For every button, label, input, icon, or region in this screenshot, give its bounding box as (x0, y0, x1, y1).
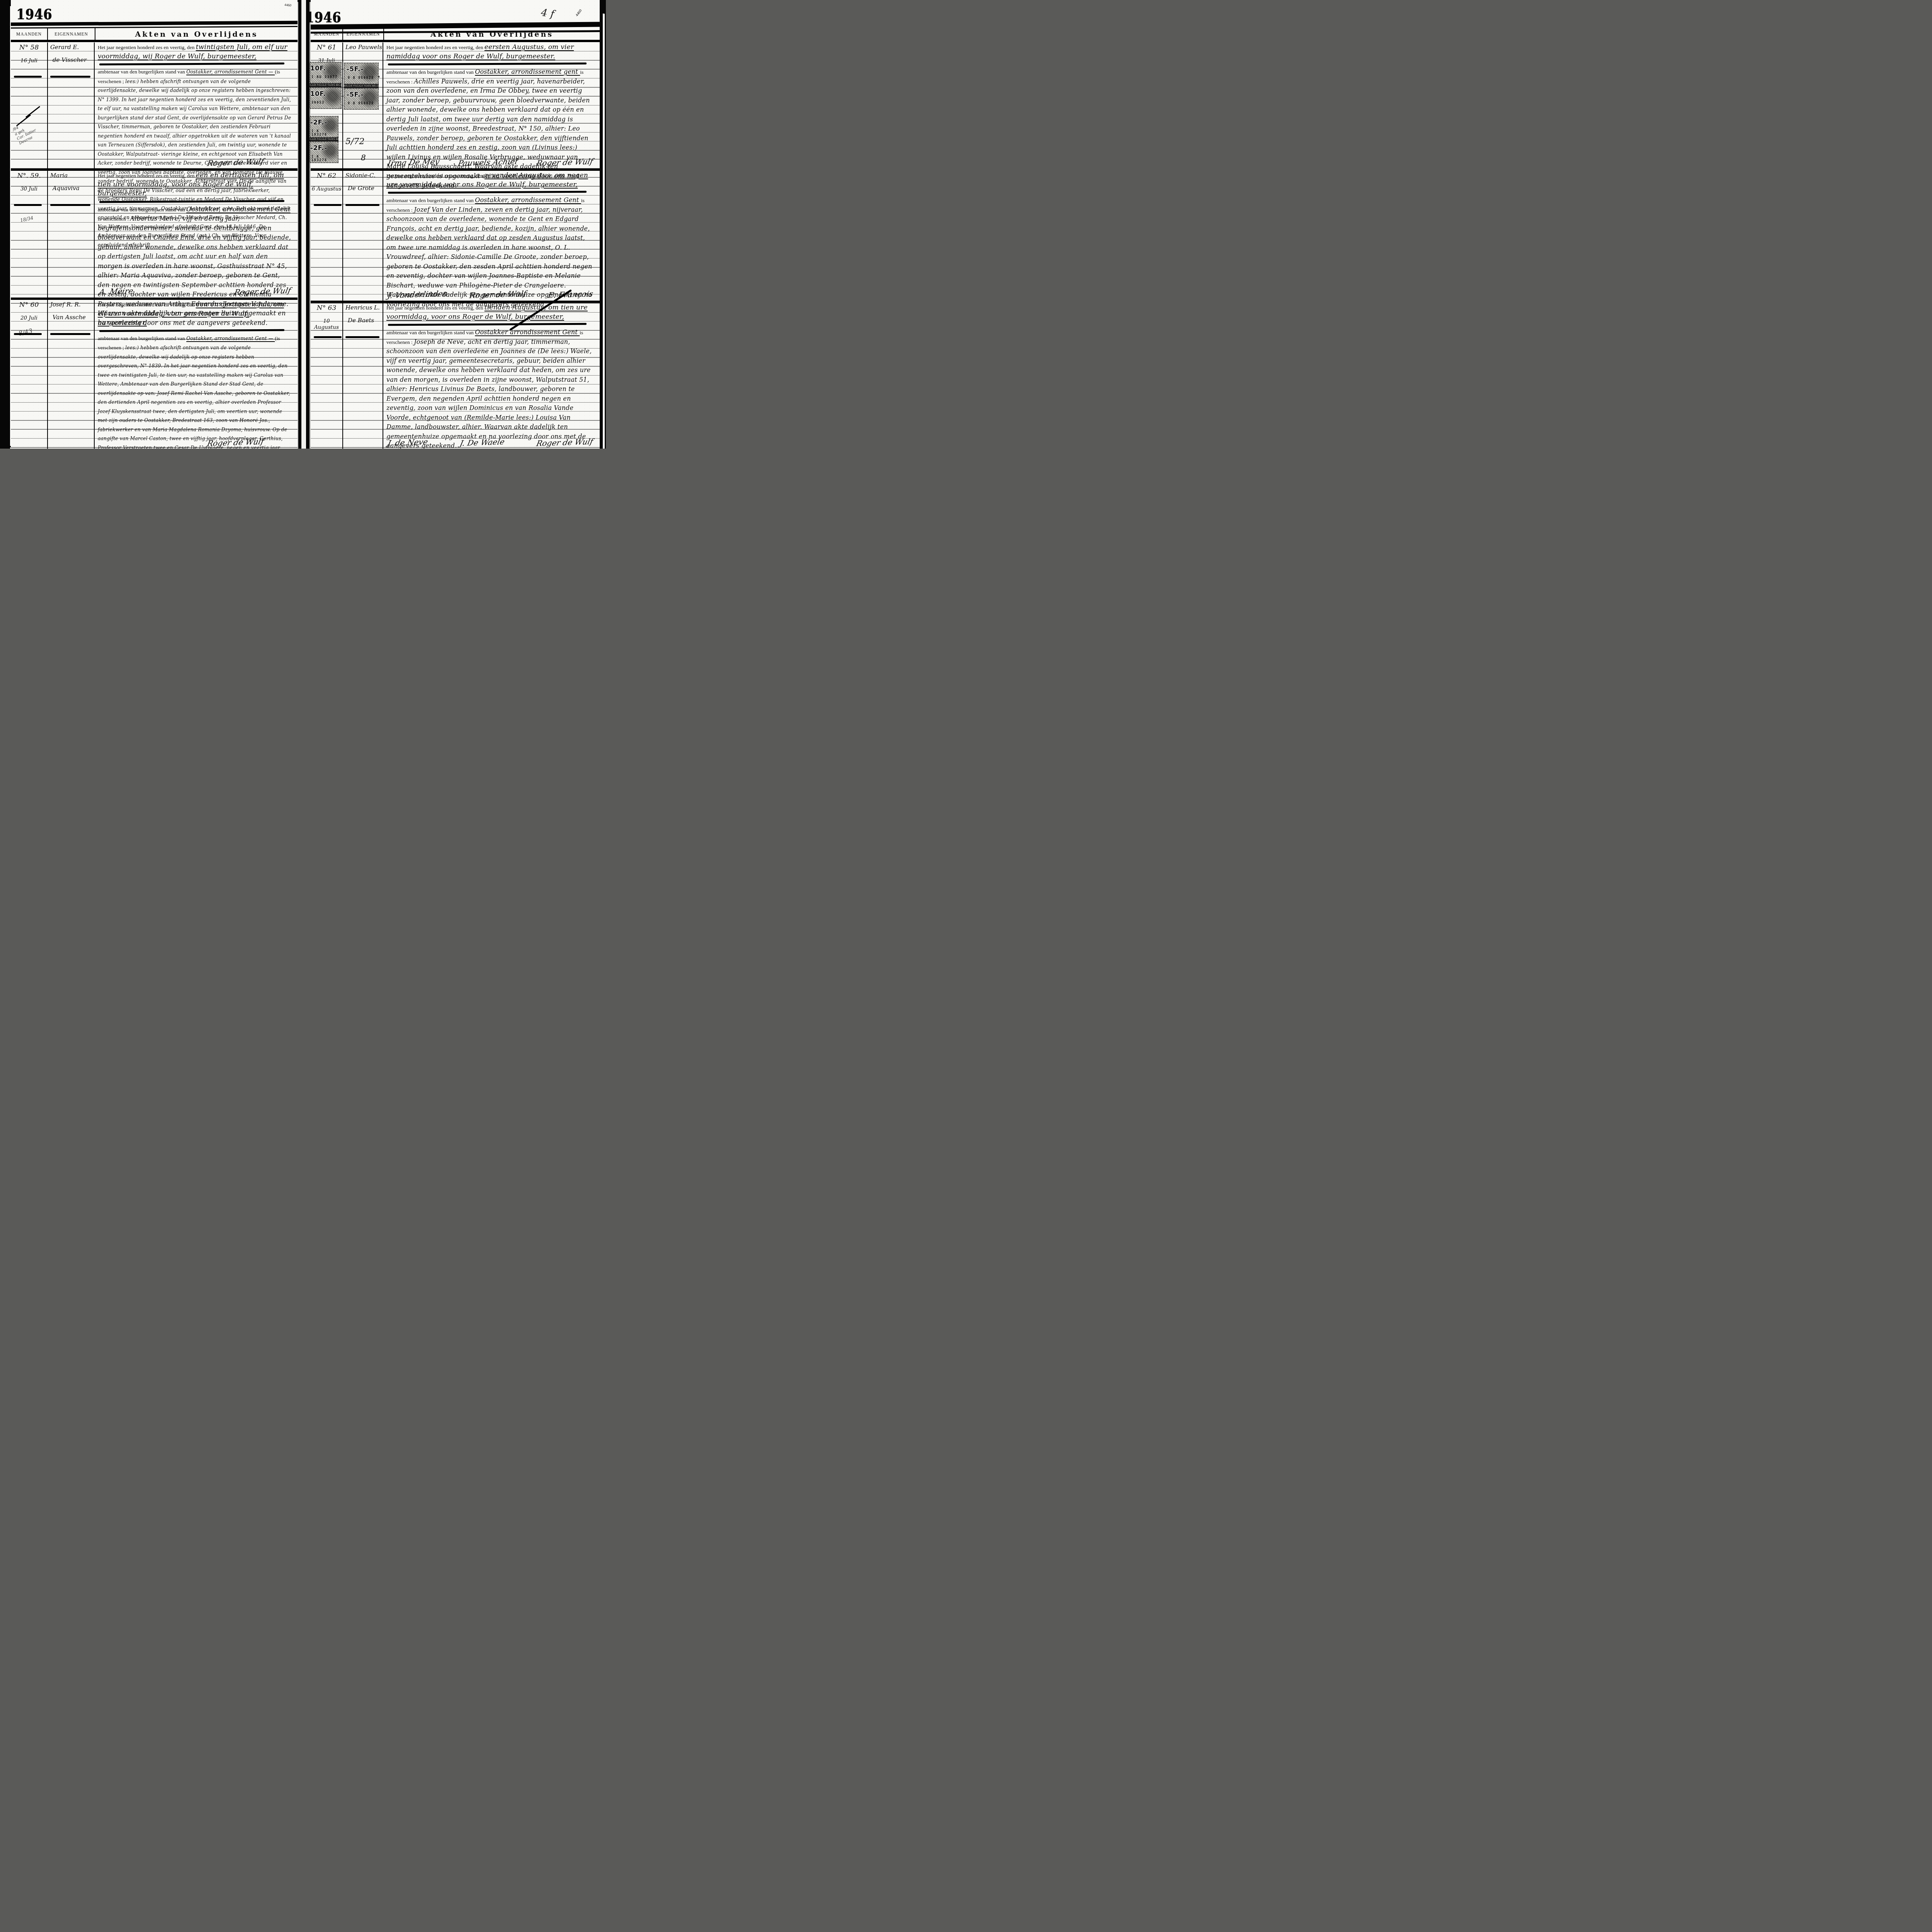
act-text-cell: Het jaar negentien honderd zes en veerti… (383, 303, 600, 449)
fiscal-stamp-2f: -2F.- 1 K 193278 (308, 141, 338, 163)
act-opening-line: Het jaar negentien honderd zes en veerti… (98, 43, 291, 61)
handwritten-stamp-note: 5/72 (345, 137, 364, 146)
handwritten-mark: 4 f (540, 7, 555, 20)
handwritten-text: Oostakker, arrondissement Gent — (186, 69, 275, 75)
struck-blank-line (98, 328, 291, 334)
printed-formula: ambtenaar van den burgerlijken stand van (386, 197, 475, 203)
column-header-months: MAANDEN (11, 28, 48, 41)
fiscal-stamp-10f: 10F. 1 RU 33977 (308, 62, 342, 83)
year-heading: 1946 (16, 6, 52, 23)
stamp-serial: 9 B 958628 (348, 102, 378, 105)
book-gutter (298, 0, 311, 449)
ink-smear (314, 336, 342, 338)
struck-blank-line (98, 199, 291, 205)
stamp-value: 10F. (310, 65, 341, 72)
death-act-entry-N-60: N° 6020 Juli8/43Josef R. R.Van AsscheHet… (11, 300, 298, 449)
signature: Irma De Mey (387, 157, 440, 168)
stamp-value: -2F.- (310, 144, 338, 151)
ink-smear (388, 63, 587, 66)
act-body-text: ambtenaar van den burgerlijken stand van… (98, 334, 291, 449)
stamp-serial: 1 K 193278 (311, 129, 338, 136)
entries-left: N° 5816 JuliGerard E.de VisscherHet jaar… (11, 43, 298, 449)
printed-formula: is verschenen : (98, 216, 130, 222)
column-divider (47, 43, 48, 449)
ink-smear (99, 200, 284, 203)
death-act-entry-N-59-: N°. 59.30 Juli18/34MariaAquavivaHet jaar… (11, 171, 298, 300)
act-text-cell: Het jaar negentien honderd zes en veerti… (383, 43, 600, 168)
stamp-value: 10F. (310, 90, 341, 97)
signatures-row: Irma De MeyPauwels AchielRoger de Wulf (388, 158, 593, 167)
ink-smear (345, 204, 379, 206)
signature: J. de Neve (387, 437, 429, 448)
act-date: 16 Juli (11, 58, 47, 64)
ink-smear (50, 333, 90, 335)
signature: J. De Waele (459, 437, 505, 448)
printed-formula: ambtenaar van den burgerlijken stand van (386, 69, 475, 75)
stamp-band-text: BELGIE·FISCALE·TAXES·BELGIQUE·TAXES·FISC… (308, 138, 338, 141)
stamp-value: -5F.- (347, 91, 378, 98)
act-number: N° 61 (311, 44, 342, 51)
signature: J. Vanderlinden (387, 289, 449, 300)
fiscal-stamp-10f: 10F. 39953 (308, 87, 342, 109)
printed-formula: ambtenaar van den burgerlijken stand van (98, 69, 186, 75)
signature: Pauwels Achiel (457, 156, 519, 168)
ink-smear (314, 204, 342, 206)
handwritten-text: Oostakker, arrondissement Gent (475, 196, 581, 204)
act-date: 10 Augustus (311, 318, 342, 330)
ink-smear (14, 76, 42, 78)
table-header: MAANDEN EIGENNAMEN Akten van Overlijdens (11, 29, 298, 42)
act-body-text: ambtenaar van den burgerlijken stand van… (386, 328, 594, 449)
printed-formula: Het jaar negentien honderd zes en veerti… (386, 305, 485, 311)
struck-blank-line (386, 321, 594, 328)
column-header-names: EIGENNAMEN (48, 28, 95, 41)
act-date: 6 Augustus (311, 186, 342, 192)
month-cell: N° 626 Augustus (311, 171, 342, 301)
handwritten-text: Oostakker, arrondissement gent (475, 68, 580, 75)
stamp-value: -2F.- (310, 119, 338, 126)
ink-smear (99, 63, 284, 66)
stamp-pair-10f: 10F. 1 RU 33977 BELGIE·FISCALE·TAXES·BEL… (308, 62, 342, 109)
rule-band (11, 21, 298, 26)
act-number: N° 63 (311, 304, 342, 312)
handwritten-text: Oostakker, arrondissement Gent (186, 206, 290, 213)
printed-formula: Het jaar negentien honderd zes en veerti… (98, 302, 196, 308)
page-left: 1946 4460 MAANDEN EIGENNAMEN Akten van O… (11, 0, 298, 449)
fiscal-stamp-5f: -5F.- 9 B 958628 (344, 88, 379, 110)
deceased-name-line1: Leo Pauwels (345, 44, 383, 51)
signature: Roger de Wulf (469, 289, 527, 300)
stamp-serial: 1 K 193278 (311, 155, 338, 162)
handwritten-text: Oostakker arrondissement Gent (475, 328, 580, 336)
act-date: 30 Juli (11, 186, 47, 192)
printed-formula: ambtenaar van den burgerlijken stand van (98, 207, 186, 213)
name-cell: Henricus L.De Baets (342, 303, 383, 449)
ink-smear (14, 204, 42, 206)
act-date: 20 Juli (11, 315, 47, 321)
pencil-note: 18/34 (20, 215, 34, 223)
fiscal-stamp-2f: -2F.- 1 K 193278 (308, 116, 338, 138)
pencil-note: 8/43 (18, 327, 33, 337)
deceased-name-line2: De Grote (348, 185, 383, 192)
signature: Roger de Wulf (536, 156, 594, 168)
deceased-name-line2: De Baets (348, 317, 383, 324)
printed-formula: ambtenaar van den burgerlijken stand van (386, 330, 475, 335)
struck-blank-line (386, 189, 594, 196)
deceased-name-line2: Aquaviva (53, 185, 94, 192)
struck-blank-line (386, 61, 594, 67)
signatures-row: J. de NeveJ. De WaeleRoger de Wulf (388, 438, 593, 447)
stamp-band-text: BELGIE·FISCALE·TAXES·BELGIQUE·TAXES·FISC… (308, 83, 342, 87)
stamp-pair-5f: -5F.- 9 B 958628 BELGIE·FISCALE·TAXES·BE… (344, 63, 379, 110)
month-cell: N° 6310 Augustus (311, 303, 342, 449)
column-header-acts: Akten van Overlijdens (384, 29, 600, 40)
signatures-row: A. MeireRoger de Wulf (99, 287, 291, 296)
ink-smear (345, 336, 379, 338)
name-cell: Sidonie-C.De Grote (342, 171, 383, 301)
signature: Roger de Wulf (206, 156, 265, 168)
deceased-name-line1: Sidonie-C. (345, 172, 383, 179)
ink-smear (388, 323, 587, 326)
signatures-row: Roger de Wulf (99, 158, 291, 167)
act-opening-line: Het jaar negentien honderd zes en veerti… (386, 43, 594, 61)
scan-edge-right (600, 0, 603, 449)
ink-smear (14, 333, 42, 335)
struck-blank-line (98, 61, 291, 67)
signatures-row: Roger de Wulf (99, 438, 291, 447)
death-act-entry-N-58: N° 5816 JuliGerard E.de VisscherHet jaar… (11, 43, 298, 171)
stamp-serial: 39953 (311, 101, 341, 104)
name-cell: Josef R. R.Van Assche (47, 300, 94, 449)
act-text-cell: Het jaar negentien honderd zes en veerti… (383, 171, 600, 301)
act-text-cell: Het jaar negentien honderd zes en veerti… (94, 300, 298, 449)
revenue-stamps-block: 10F. 1 RU 33977 BELGIE·FISCALE·TAXES·BEL… (308, 62, 383, 166)
column-header-acts: Akten van Overlijdens (95, 29, 298, 40)
scan-noise (0, 431, 10, 449)
scan-edge-right (605, 0, 606, 449)
stamp-band-text: BELGIE·FISCALE·TAXES·BELGIQUE·TAXES·FISC… (344, 84, 379, 88)
month-cell: N°. 59.30 Juli18/34 (11, 171, 47, 298)
printed-formula: Het jaar negentien honderd zes en veerti… (386, 44, 485, 50)
column-header-months: MAANDEN (311, 28, 343, 41)
deceased-name-line1: Henricus L. (345, 304, 383, 311)
page-right: 1946 4460 4 f MAANDEN EIGENNAMEN Akten v… (311, 0, 600, 449)
stamp-serial: 1 RU 33977 (311, 75, 341, 79)
act-opening-line: Het jaar negentien honderd zes en veerti… (386, 303, 594, 321)
deceased-name-line1: Gerard E. (50, 44, 94, 51)
act-opening-line: Het jaar negentien honderd zes en veerti… (386, 171, 594, 189)
page-number: 4460 (575, 9, 583, 17)
act-number: N° 58 (11, 44, 47, 51)
handwritten-text: Joseph de Neve, acht en dertig jaar, tim… (386, 338, 592, 449)
printed-formula: Het jaar negentien honderd zes en veerti… (98, 173, 196, 179)
signature: Roger de Wulf (206, 437, 265, 448)
ink-smear (99, 329, 284, 332)
printed-formula: Het jaar negentien honderd zes en veerti… (386, 173, 485, 179)
deceased-name-line1: Josef R. R. (50, 301, 94, 308)
handwritten-text: Oostakker, arrondissement Gent — (186, 336, 275, 341)
month-cell: N° 6020 Juli8/43 (11, 300, 47, 449)
fiscal-stamp-5f: -5F.- 9 B 958628 (344, 63, 379, 84)
death-act-entry-N-63: N° 6310 AugustusHenricus L.De BaetsHet j… (311, 303, 600, 449)
deceased-name-line2: de Visscher (53, 56, 94, 63)
month-cell: N° 5816 Juli (11, 43, 47, 168)
ink-smear (50, 76, 90, 78)
act-number: N° 60 (11, 301, 47, 309)
act-opening-line: Het jaar negentien honderd zes en veerti… (98, 300, 291, 328)
printed-formula: Het jaar negentien honderd zes en veerti… (98, 44, 196, 50)
name-cell: MariaAquaviva (47, 171, 94, 298)
scanned-register-spread: 1946 4460 MAANDEN EIGENNAMEN Akten van O… (0, 0, 606, 449)
column-header-names: EIGENNAMEN (343, 28, 384, 41)
signature: Roger de Wulf (233, 286, 292, 297)
death-act-entry-N-62: N° 626 AugustusSidonie-C.De GroteHet jaa… (311, 171, 600, 303)
page-number: 4460 (284, 3, 292, 7)
act-text-cell: Het jaar negentien honderd zes en veerti… (94, 43, 298, 168)
stamp-pair-2f: -2F.- 1 K 193278 BELGIE·FISCALE·TAXES·BE… (308, 116, 338, 163)
ink-smear (388, 191, 587, 194)
scan-edge-left (0, 0, 10, 449)
ink-smear (50, 204, 90, 206)
table-header: MAANDEN EIGENNAMEN Akten van Overlijdens (311, 29, 600, 42)
deceased-name-line2: Van Assche (53, 314, 94, 321)
handwritten-stamp-note: 8 (361, 153, 366, 162)
stamp-value: -5F.- (347, 65, 378, 73)
act-number: N°. 59. (11, 172, 47, 180)
signature: Roger de Wulf (536, 437, 594, 448)
deceased-name-line1: Maria (50, 172, 94, 179)
act-opening-line: Het jaar negentien honderd zes en veerti… (98, 171, 291, 199)
signature: A. Meire (98, 286, 134, 296)
printed-formula: ambtenaar van den burgerlijken stand van (98, 335, 186, 341)
act-number: N° 62 (311, 172, 342, 180)
act-text-cell: Het jaar negentien honderd zes en veerti… (94, 171, 298, 298)
handwritten-text: lees:) hebben afschrift ontvangen van de… (98, 345, 291, 449)
stamp-serial: 9 B 958628 (348, 76, 378, 80)
